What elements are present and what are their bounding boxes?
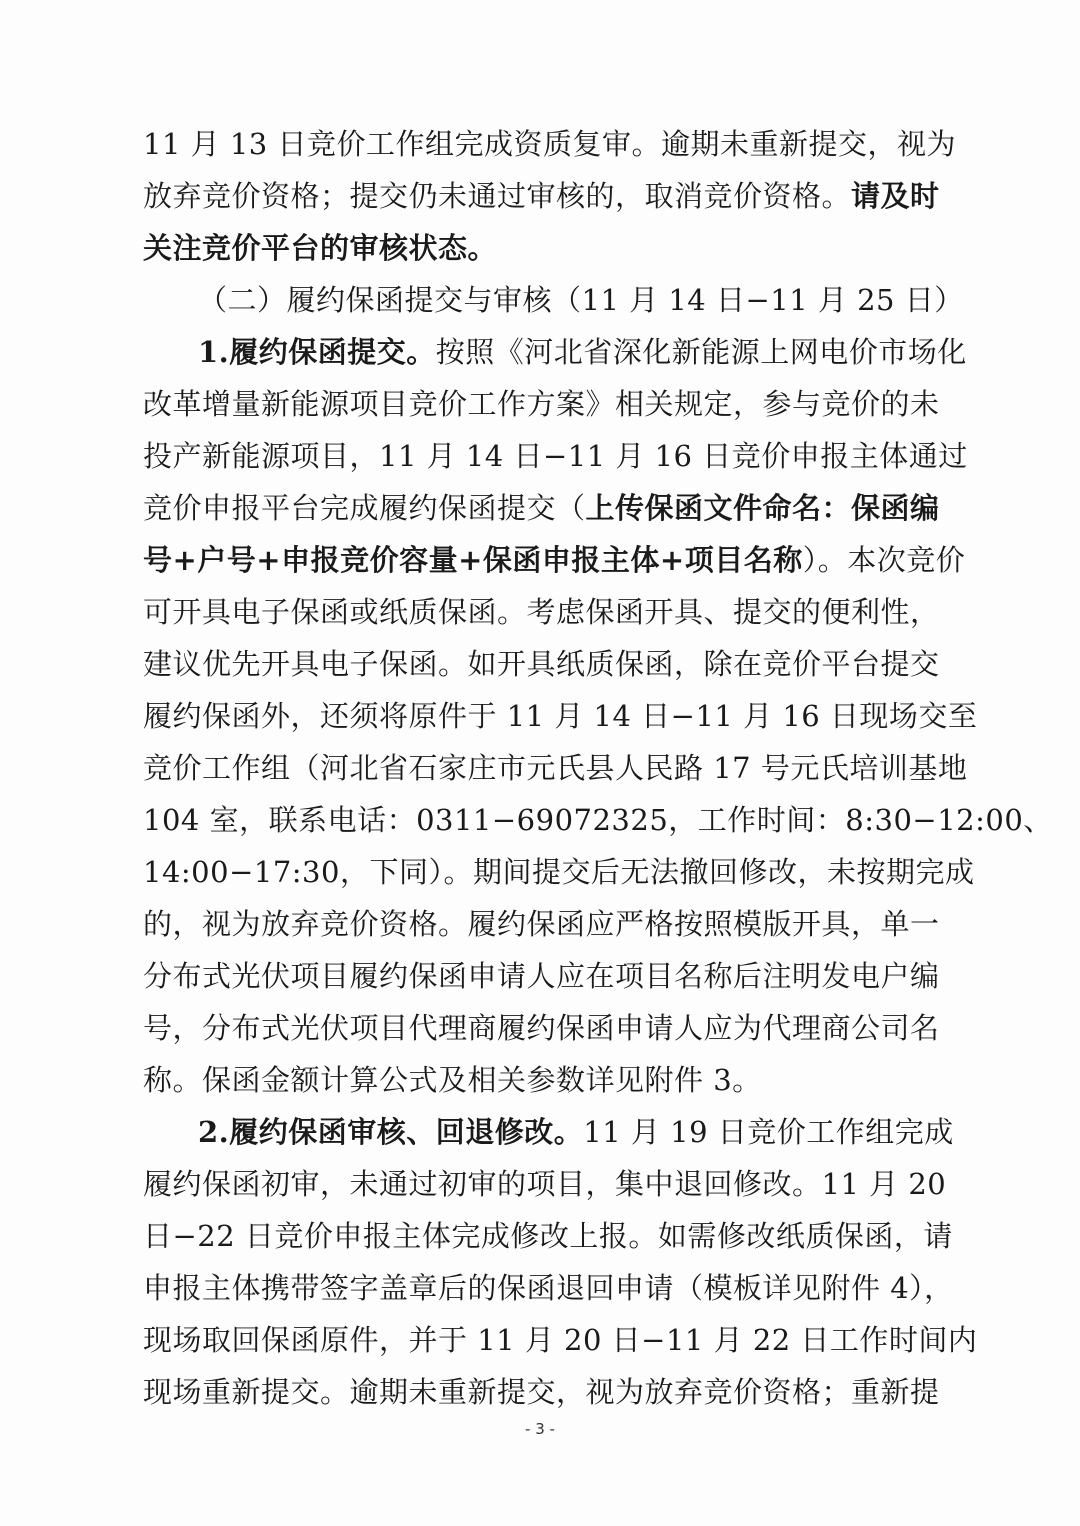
bold-text: 1.履约保函提交。 (198, 335, 436, 369)
text-segment: 现场取回保函原件，并于 11 月 20 日−11 月 22 日工作时间内 (143, 1323, 977, 1357)
bold-text: 请及时 (851, 179, 940, 213)
text-segment: 称。保函金额计算公式及相关参数详见附件 3。 (143, 1063, 762, 1097)
text-line: 2.履约保函审核、回退修改。11 月 19 日竞价工作组完成 (198, 1112, 931, 1152)
text-line: 现场取回保函原件，并于 11 月 20 日−11 月 22 日工作时间内 (143, 1320, 931, 1360)
text-line: 号+户号+申报竞价容量+保函申报主体+项目名称）。本次竞价 (143, 540, 931, 580)
text-segment: 履约保函初审，未通过初审的项目，集中退回修改。11 月 20 (143, 1167, 946, 1201)
text-segment: 分布式光伏项目履约保函申请人应在项目名称后注明发电户编 (143, 959, 940, 993)
text-segment: 建议优先开具电子保函。如开具纸质保函，除在竞价平台提交 (143, 647, 940, 681)
text-line: 的，视为放弃竞价资格。履约保函应严格按照模版开具，单一 (143, 904, 931, 944)
bold-text: 号+户号+申报竞价容量+保函申报主体+项目名称 (143, 543, 803, 577)
text-line: 称。保函金额计算公式及相关参数详见附件 3。 (143, 1060, 931, 1100)
text-line: 1.履约保函提交。按照《河北省深化新能源上网电价市场化 (198, 332, 931, 372)
bold-text: 2.履约保函审核、回退修改。 (198, 1115, 583, 1149)
text-segment: （二）履约保函提交与审核（11 月 14 日−11 月 25 日） (198, 283, 964, 317)
text-line: 可开具电子保函或纸质保函。考虑保函开具、提交的便利性， (143, 592, 931, 632)
text-segment: 申报主体携带签字盖章后的保函退回申请（模板详见附件 4）， (143, 1271, 954, 1305)
text-line: 履约保函初审，未通过初审的项目，集中退回修改。11 月 20 (143, 1164, 931, 1204)
text-line: 关注竞价平台的审核状态。 (143, 228, 931, 268)
text-line: 分布式光伏项目履约保函申请人应在项目名称后注明发电户编 (143, 956, 931, 996)
bold-text: 关注竞价平台的审核状态。 (143, 231, 497, 265)
text-line: 投产新能源项目，11 月 14 日−11 月 16 日竞价申报主体通过 (143, 436, 931, 476)
section-heading: （二）履约保函提交与审核（11 月 14 日−11 月 25 日） (198, 280, 888, 320)
text-segment: 按照《河北省深化新能源上网电价市场化 (436, 335, 967, 369)
page-number: - 3 - (0, 1420, 1080, 1438)
text-segment: 竞价申报平台完成履约保函提交（ (143, 491, 586, 525)
text-segment: 竞价工作组（河北省石家庄市元氏县人民路 17 号元氏培训基地 (143, 751, 967, 785)
text-line: 改革增量新能源项目竞价工作方案》相关规定，参与竞价的未 (143, 384, 931, 424)
text-line: 建议优先开具电子保函。如开具纸质保函，除在竞价平台提交 (143, 644, 931, 684)
text-segment: 11 月 13 日竞价工作组完成资质复审。逾期未重新提交，视为 (143, 127, 956, 161)
text-line: 申报主体携带签字盖章后的保函退回申请（模板详见附件 4）， (143, 1268, 931, 1308)
text-line: 日−22 日竞价申报主体完成修改上报。如需修改纸质保函，请 (143, 1216, 931, 1256)
text-segment: 的，视为放弃竞价资格。履约保函应严格按照模版开具，单一 (143, 907, 940, 941)
text-segment: 投产新能源项目，11 月 14 日−11 月 16 日竞价申报主体通过 (143, 439, 968, 473)
text-segment: 号，分布式光伏项目代理商履约保函申请人应为代理商公司名 (143, 1011, 940, 1045)
bold-text: 上传保函文件命名：保函编 (586, 491, 940, 525)
text-segment: 14:00−17:30，下同）。期间提交后无法撤回修改，未按期完成 (143, 855, 974, 889)
text-line: 104 室，联系电话：0311−69072325，工作时间：8:30−12:00… (143, 800, 931, 840)
document-page: 11 月 13 日竞价工作组完成资质复审。逾期未重新提交，视为放弃竞价资格；提交… (0, 0, 1080, 1526)
text-segment: 改革增量新能源项目竞价工作方案》相关规定，参与竞价的未 (143, 387, 940, 421)
text-line: 号，分布式光伏项目代理商履约保函申请人应为代理商公司名 (143, 1008, 931, 1048)
text-segment: 11 月 19 日竞价工作组完成 (583, 1115, 953, 1149)
text-line: 竞价工作组（河北省石家庄市元氏县人民路 17 号元氏培训基地 (143, 748, 931, 788)
text-segment: ）。本次竞价 (803, 543, 966, 577)
text-line: 现场重新提交。逾期未重新提交，视为放弃竞价资格；重新提 (143, 1372, 931, 1412)
text-segment: 放弃竞价资格；提交仍未通过审核的，取消竞价资格。 (143, 179, 851, 213)
text-line: 14:00−17:30，下同）。期间提交后无法撤回修改，未按期完成 (143, 852, 931, 892)
text-line: 11 月 13 日竞价工作组完成资质复审。逾期未重新提交，视为 (143, 124, 931, 164)
text-segment: 现场重新提交。逾期未重新提交，视为放弃竞价资格；重新提 (143, 1375, 940, 1409)
text-segment: 可开具电子保函或纸质保函。考虑保函开具、提交的便利性， (143, 595, 940, 629)
text-line: 履约保函外，还须将原件于 11 月 14 日−11 月 16 日现场交至 (143, 696, 931, 736)
text-line: 放弃竞价资格；提交仍未通过审核的，取消竞价资格。请及时 (143, 176, 931, 216)
text-segment: 104 室，联系电话：0311−69072325，工作时间：8:30−12:00… (143, 803, 1053, 837)
text-segment: 日−22 日竞价申报主体完成修改上报。如需修改纸质保函，请 (143, 1219, 953, 1253)
text-segment: 履约保函外，还须将原件于 11 月 14 日−11 月 16 日现场交至 (143, 699, 977, 733)
text-line: 竞价申报平台完成履约保函提交（上传保函文件命名：保函编 (143, 488, 931, 528)
